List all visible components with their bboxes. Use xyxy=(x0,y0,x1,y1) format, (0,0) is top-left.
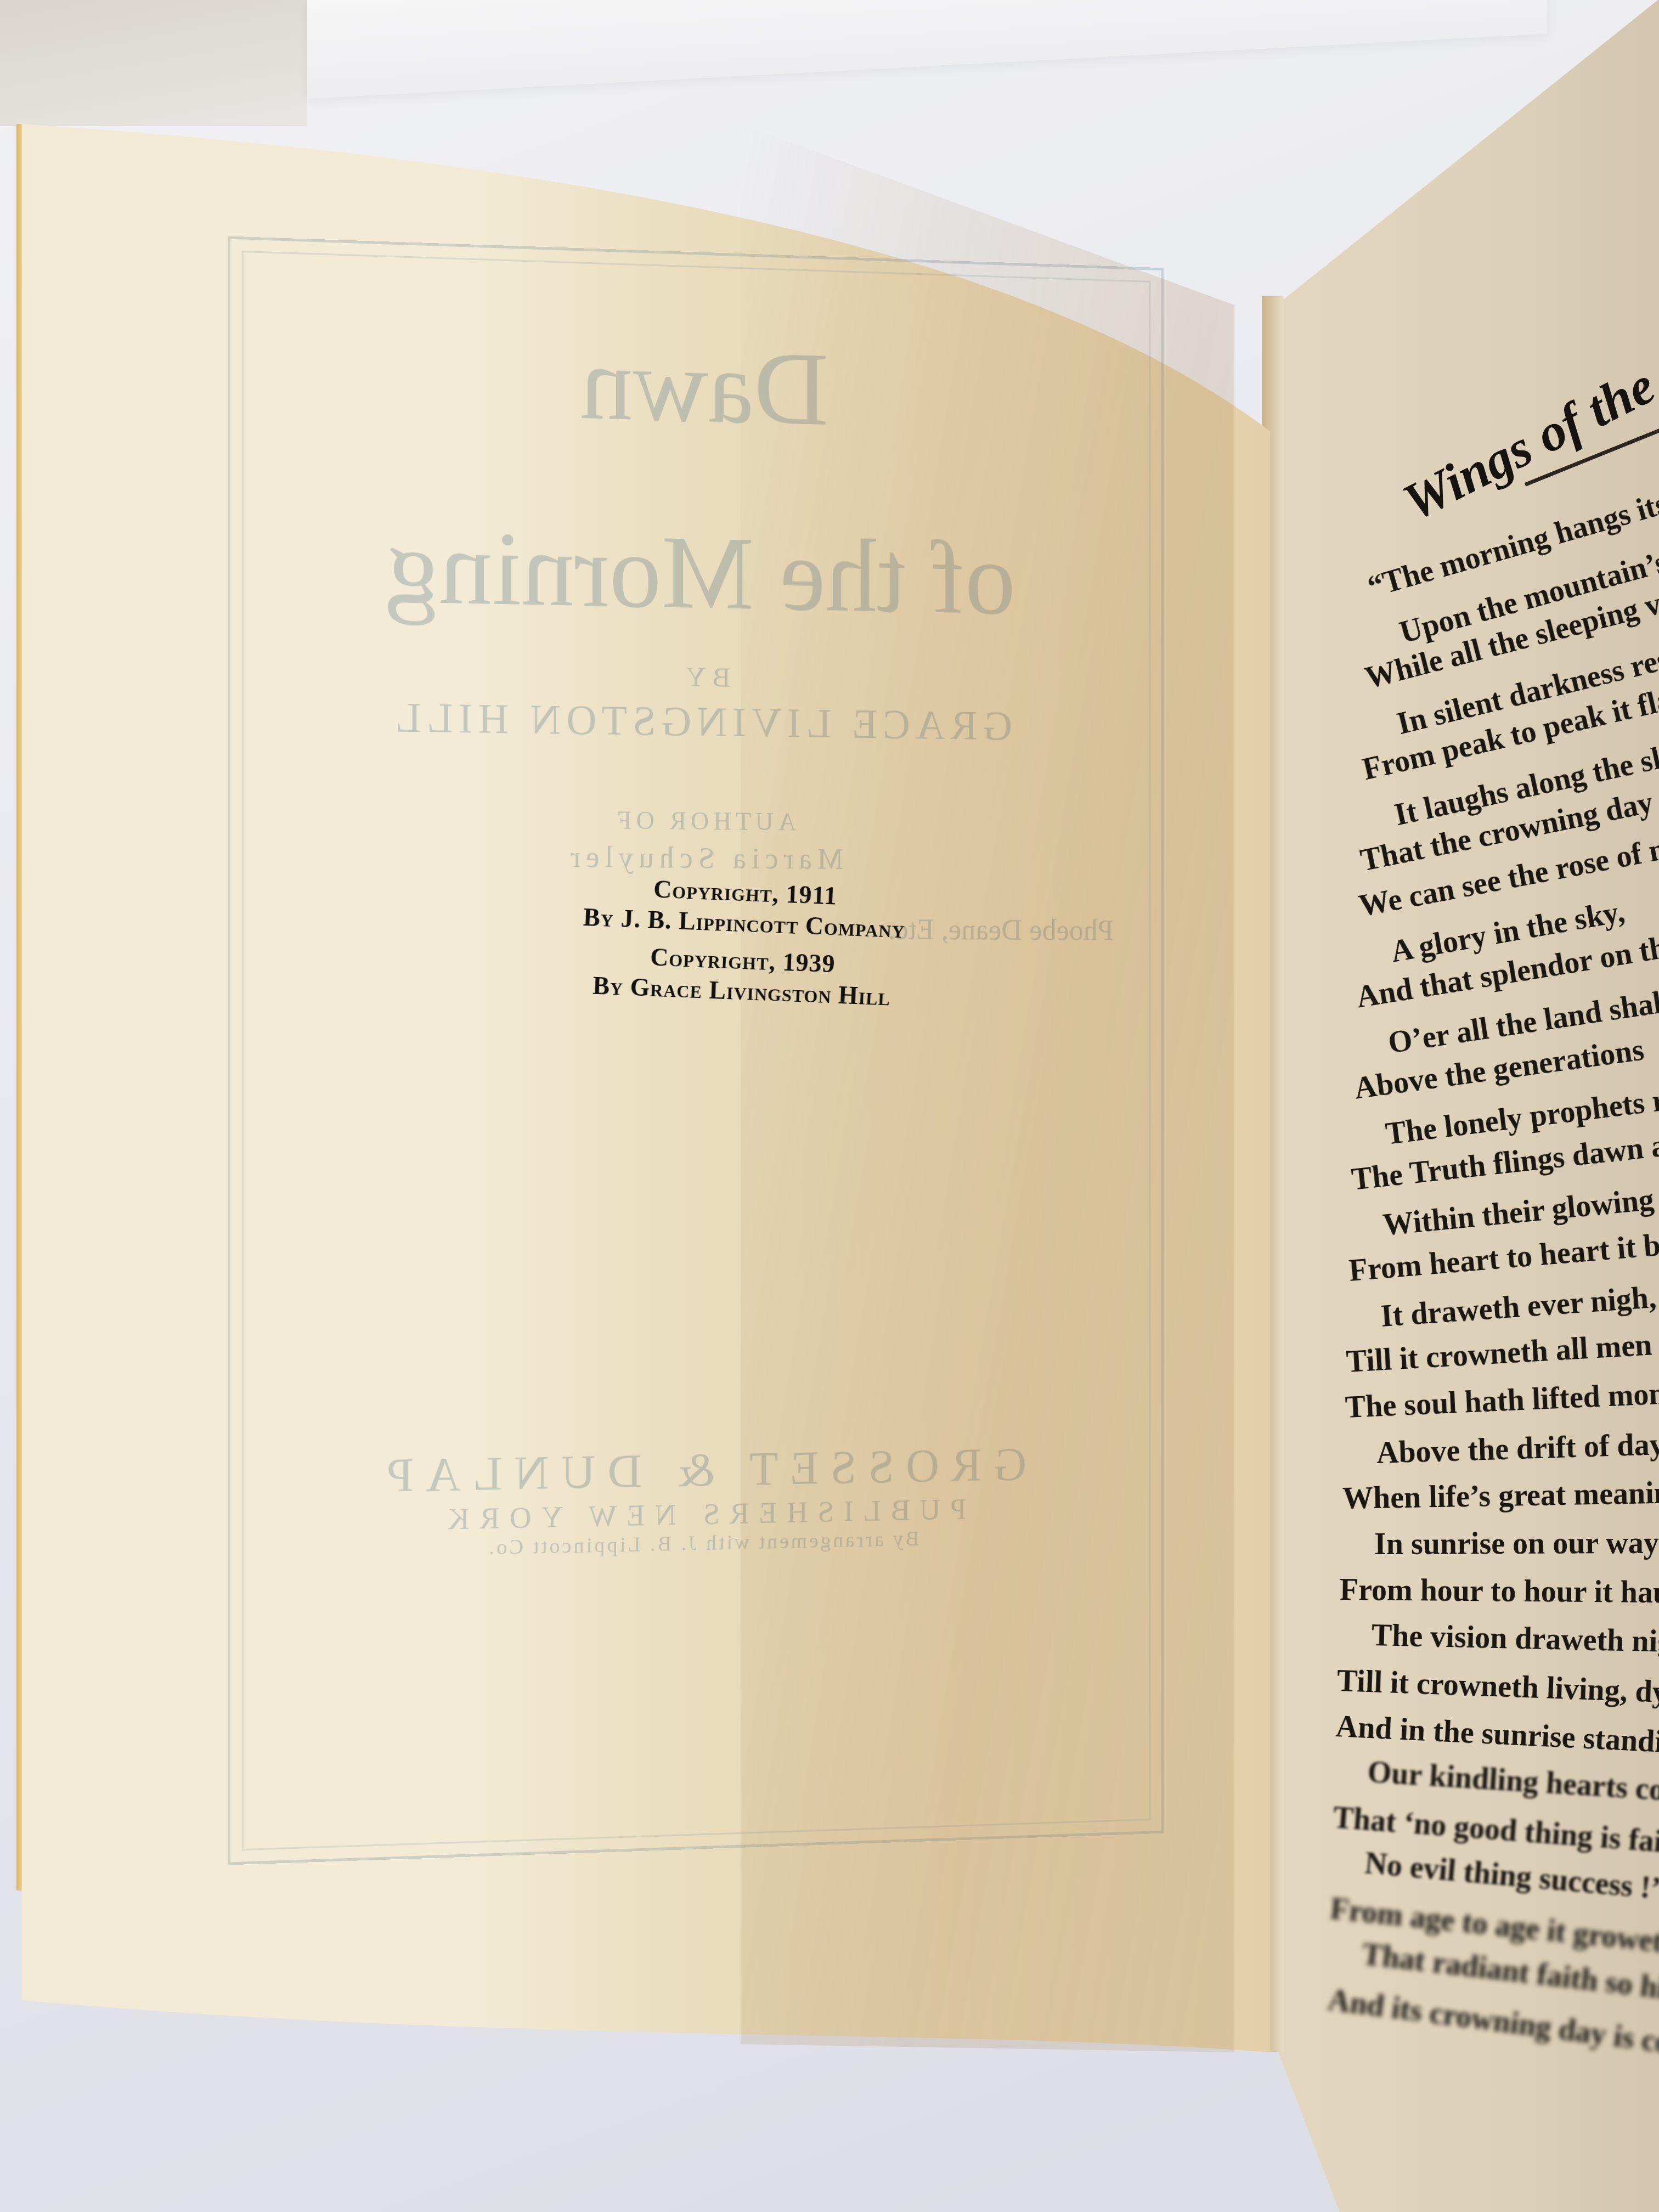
ghost-author: GRACE LIVINGSTON HILL xyxy=(230,691,1161,752)
show-through-title-page: Dawn of the Morning BY GRACE LIVINGSTON … xyxy=(228,236,1164,1865)
ghost-author-of: AUTHOR OF xyxy=(230,802,1161,840)
poem-line: The vision draweth nigh, xyxy=(1371,1618,1659,1660)
poem-line: From hour to hour it haunts xyxy=(1340,1572,1659,1611)
ghost-title-1: Dawn xyxy=(230,318,1161,454)
poem-line: When life’s great meaning br xyxy=(1342,1475,1659,1516)
poem-line: In sunrise on our ways ; xyxy=(1374,1525,1659,1562)
ghost-other-works: Marcia Schuyler xyxy=(230,837,1161,878)
ghost-title-2: of the Morning xyxy=(230,507,1161,636)
copyright-notice: Copyright, 1911 By J. B. Lippincott Comp… xyxy=(538,870,949,1014)
background-object xyxy=(0,0,307,126)
